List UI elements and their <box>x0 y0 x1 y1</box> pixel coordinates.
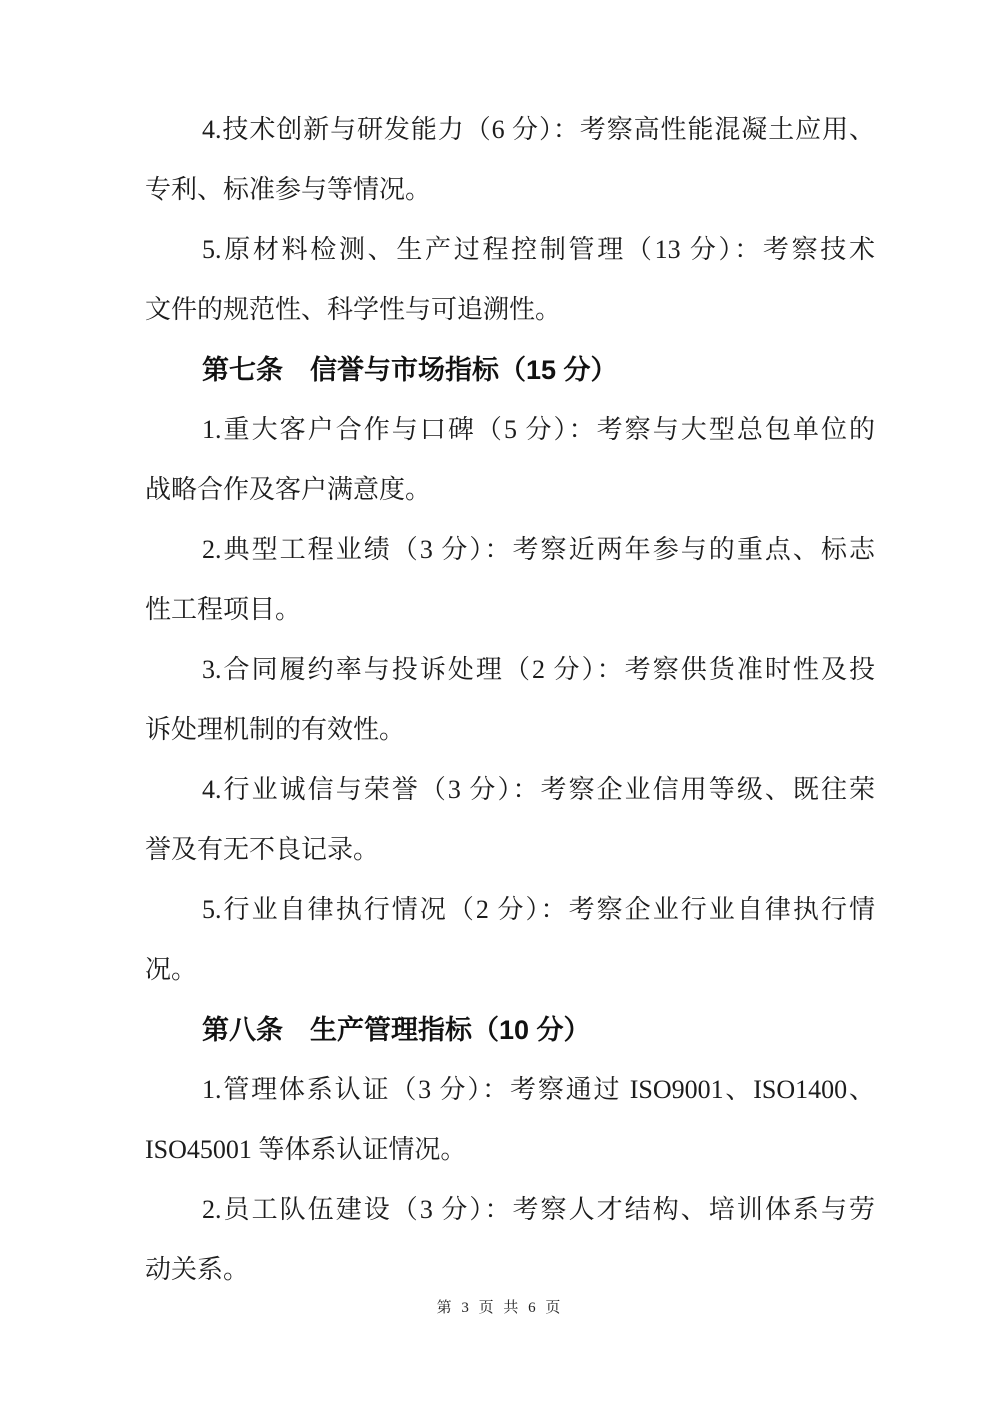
text-line: 第八条 生产管理指标（10 分） <box>145 1000 875 1060</box>
text-line: 诉处理机制的有效性。 <box>145 700 875 760</box>
section-heading: 第七条 信誉与市场指标（15 分） <box>145 340 875 400</box>
page-number-text: 第 3 页 共 6 页 <box>437 1300 564 1316</box>
document-content: 4.技术创新与研发能力（6 分）：考察高性能混凝土应用、专利、标准参与等情况。5… <box>145 100 875 1300</box>
document-page: 4.技术创新与研发能力（6 分）：考察高性能混凝土应用、专利、标准参与等情况。5… <box>0 0 1000 1413</box>
text-line: 4.技术创新与研发能力（6 分）：考察高性能混凝土应用、 <box>145 100 875 160</box>
text-line: 况。 <box>145 940 875 1000</box>
section-heading: 第八条 生产管理指标（10 分） <box>145 1000 875 1060</box>
text-line: 3.合同履约率与投诉处理（2 分）：考察供货准时性及投 <box>145 640 875 700</box>
text-line: 性工程项目。 <box>145 580 875 640</box>
paragraph: 2.员工队伍建设（3 分）：考察人才结构、培训体系与劳动关系。 <box>145 1180 875 1300</box>
page-footer: 第 3 页 共 6 页 <box>0 1296 1000 1317</box>
paragraph: 1.重大客户合作与口碑（5 分）：考察与大型总包单位的战略合作及客户满意度。 <box>145 400 875 520</box>
paragraph: 3.合同履约率与投诉处理（2 分）：考察供货准时性及投诉处理机制的有效性。 <box>145 640 875 760</box>
text-line: 2.典型工程业绩（3 分）：考察近两年参与的重点、标志 <box>145 520 875 580</box>
text-line: 4.行业诚信与荣誉（3 分）：考察企业信用等级、既往荣 <box>145 760 875 820</box>
text-line: ISO45001 等体系认证情况。 <box>145 1120 875 1180</box>
paragraph: 2.典型工程业绩（3 分）：考察近两年参与的重点、标志性工程项目。 <box>145 520 875 640</box>
text-line: 誉及有无不良记录。 <box>145 820 875 880</box>
paragraph: 5.行业自律执行情况（2 分）：考察企业行业自律执行情况。 <box>145 880 875 1000</box>
text-line: 1.重大客户合作与口碑（5 分）：考察与大型总包单位的 <box>145 400 875 460</box>
text-line: 第七条 信誉与市场指标（15 分） <box>145 340 875 400</box>
text-line: 专利、标准参与等情况。 <box>145 160 875 220</box>
text-line: 5.原材料检测、生产过程控制管理（13 分）：考察技术 <box>145 220 875 280</box>
paragraph: 1.管理体系认证（3 分）：考察通过 ISO9001、ISO1400、ISO45… <box>145 1060 875 1180</box>
text-line: 5.行业自律执行情况（2 分）：考察企业行业自律执行情 <box>145 880 875 940</box>
paragraph: 5.原材料检测、生产过程控制管理（13 分）：考察技术文件的规范性、科学性与可追… <box>145 220 875 340</box>
text-line: 1.管理体系认证（3 分）：考察通过 ISO9001、ISO1400、 <box>145 1060 875 1120</box>
text-line: 文件的规范性、科学性与可追溯性。 <box>145 280 875 340</box>
text-line: 战略合作及客户满意度。 <box>145 460 875 520</box>
paragraph: 4.行业诚信与荣誉（3 分）：考察企业信用等级、既往荣誉及有无不良记录。 <box>145 760 875 880</box>
text-line: 2.员工队伍建设（3 分）：考察人才结构、培训体系与劳 <box>145 1180 875 1240</box>
text-line: 动关系。 <box>145 1240 875 1300</box>
paragraph: 4.技术创新与研发能力（6 分）：考察高性能混凝土应用、专利、标准参与等情况。 <box>145 100 875 220</box>
